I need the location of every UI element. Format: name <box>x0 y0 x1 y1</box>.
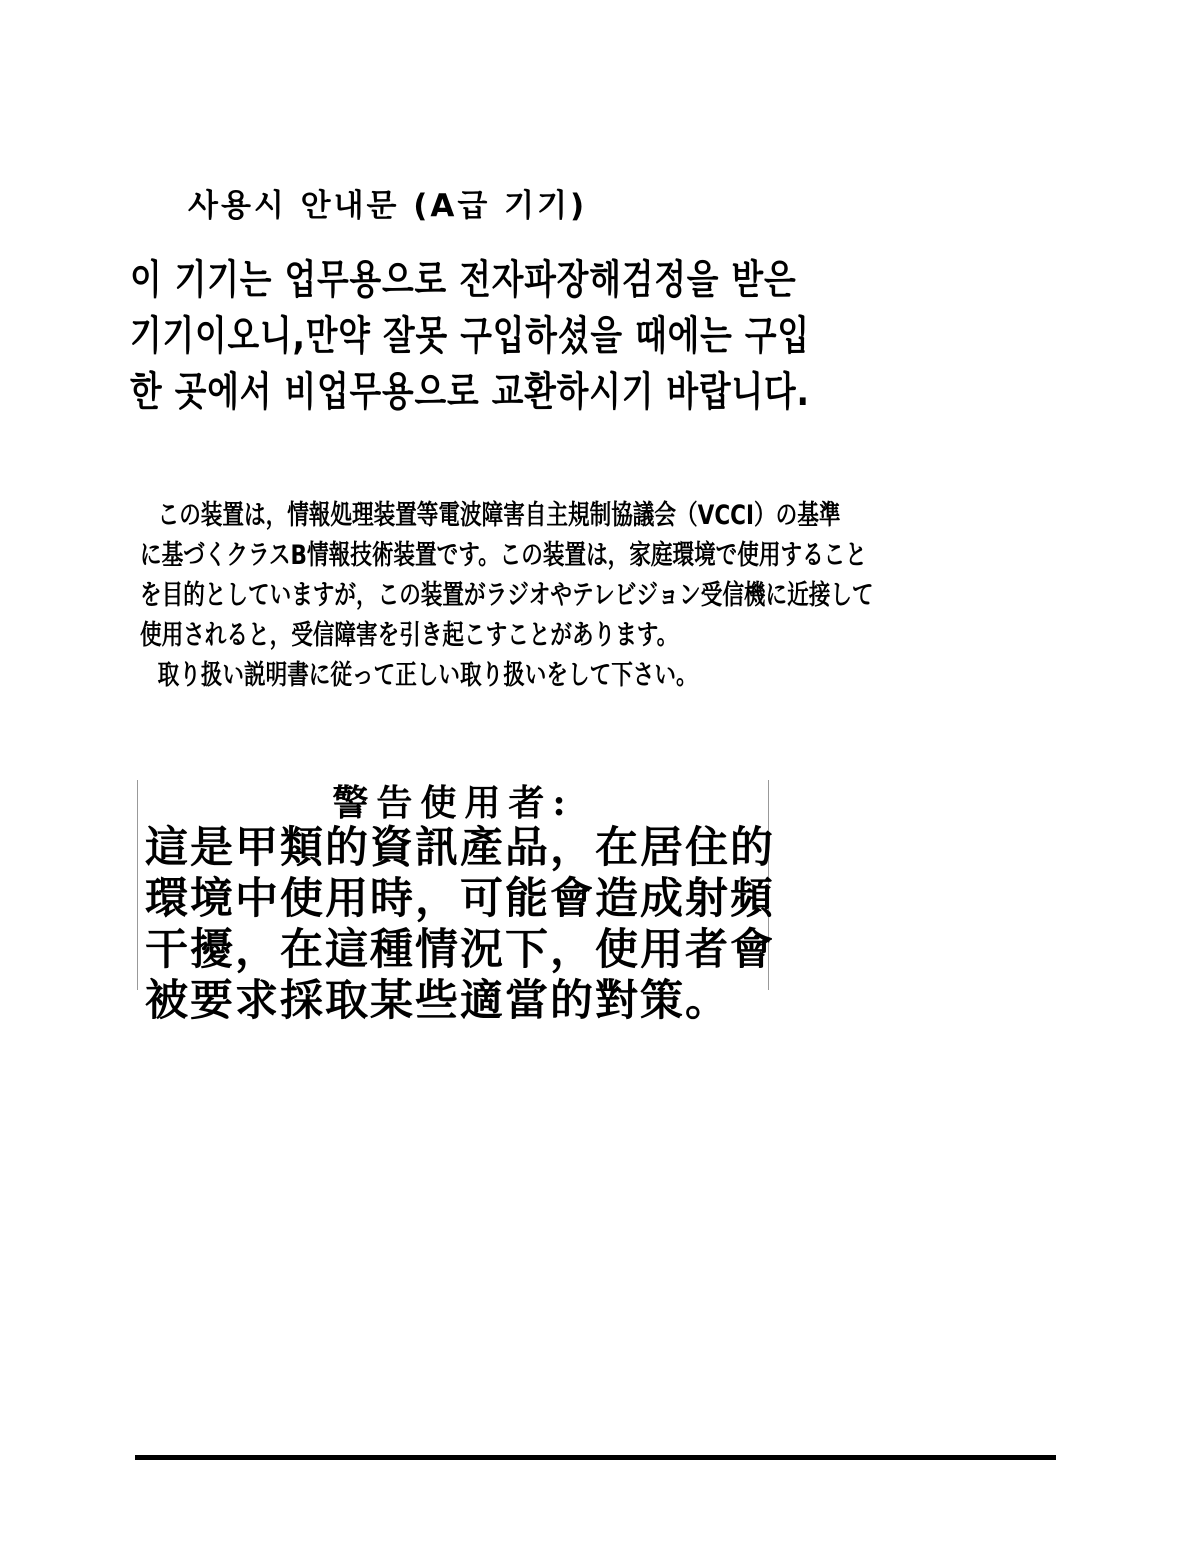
chinese-warning-line-3: 干擾，在這種情況下，使用者會 <box>138 925 768 976</box>
japanese-notice-line-1: この装置は，情報処理装置等電波障害自主規制協議会（VCCI）の基準 <box>140 496 874 536</box>
korean-notice-line-1: 이 기기는 업무용으로 전자파장해검정을 받은 <box>130 252 810 308</box>
footer-rule <box>135 1455 1056 1460</box>
korean-notice-body: 이 기기는 업무용으로 전자파장해검정을 받은 기기이오니,만약 잘못 구입하셨… <box>130 252 810 420</box>
korean-notice-line-2: 기기이오니,만약 잘못 구입하셨을 때에는 구입 <box>130 308 810 364</box>
japanese-notice-line-4: 使用されると，受信障害を引き起こすことがあります。 <box>140 616 874 656</box>
korean-notice-title: 사용시 안내문 (A급 기기) <box>188 180 587 225</box>
chinese-warning-title: 警告使用者: <box>138 783 768 823</box>
chinese-warning-line-1: 這是甲類的資訊產品，在居住的 <box>138 823 768 874</box>
korean-notice-line-3: 한 곳에서 비업무용으로 교환하시기 바랍니다. <box>130 364 810 420</box>
document-page: 사용시 안내문 (A급 기기) 이 기기는 업무용으로 전자파장해검정을 받은 … <box>0 0 1198 1560</box>
japanese-notice-line-5: 取り扱い説明書に従って正しい取り扱いをして下さい。 <box>140 656 874 696</box>
japanese-notice-line-2: に基づくクラスB情報技術装置です。この装置は，家庭環境で使用すること <box>140 536 874 576</box>
chinese-warning-line-4: 被要求採取某些適當的對策。 <box>138 976 768 1027</box>
chinese-warning-box: 警告使用者: 這是甲類的資訊產品，在居住的 環境中使用時，可能會造成射頻 干擾，… <box>137 780 769 990</box>
chinese-warning-line-2: 環境中使用時，可能會造成射頻 <box>138 874 768 925</box>
japanese-notice-line-3: を目的としていますが，この装置がラジオやテレビジョン受信機に近接して <box>140 576 874 616</box>
japanese-vcci-notice: この装置は，情報処理装置等電波障害自主規制協議会（VCCI）の基準 に基づくクラ… <box>140 496 874 696</box>
